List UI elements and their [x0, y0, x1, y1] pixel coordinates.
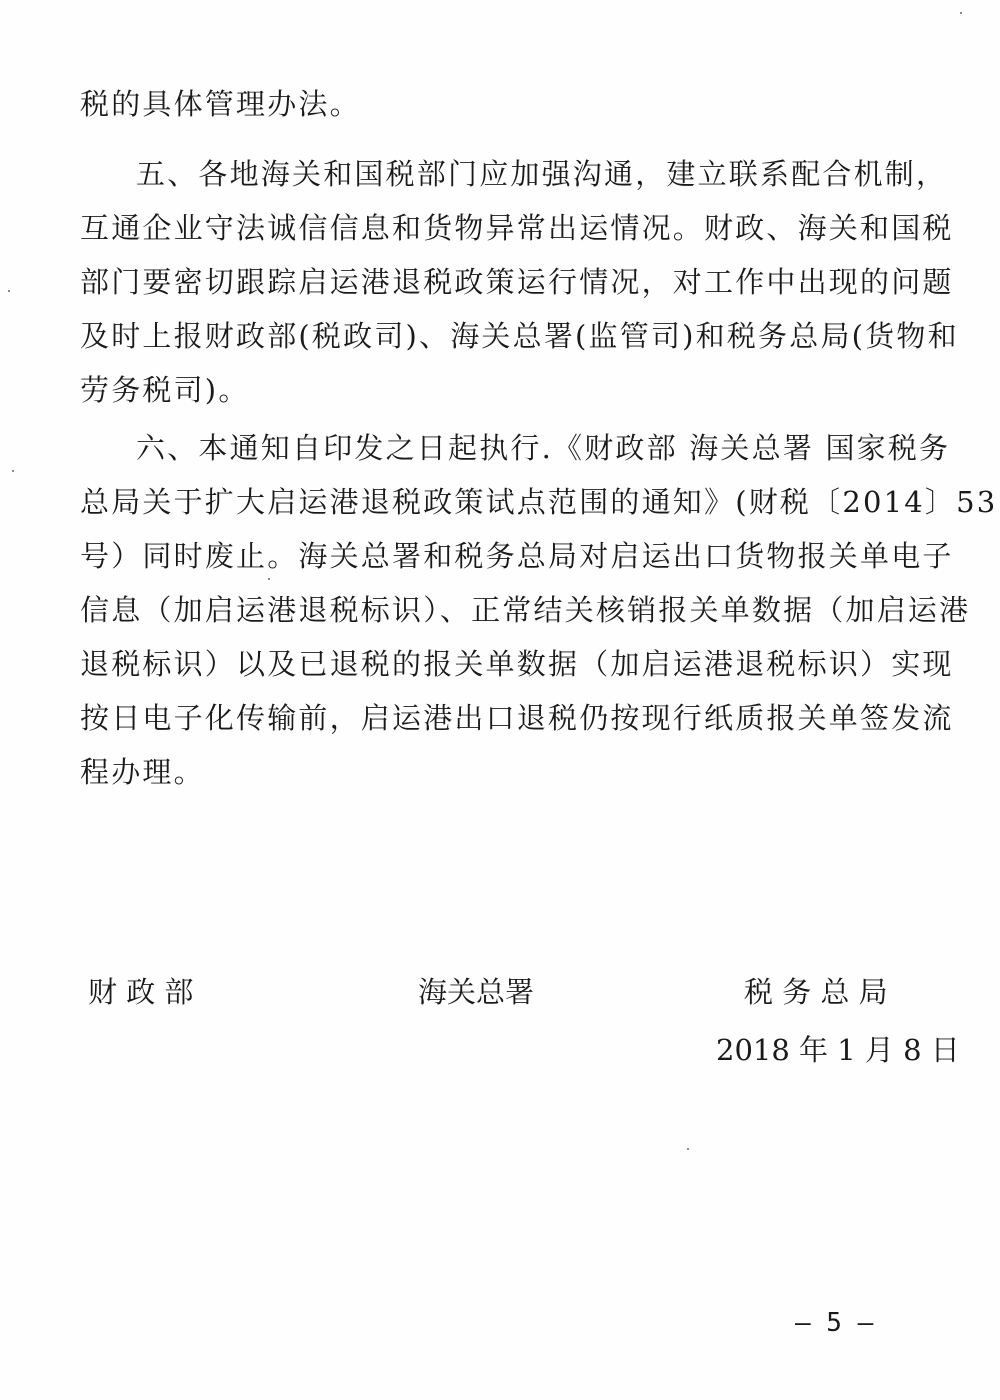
paragraph-6-line-4: 信息（加启运港退税标识）、正常结关核销报关单数据（加启运港: [80, 590, 920, 630]
paragraph-5-line-3: 部门要密切跟踪启运港退税政策运行情况，对工作中出现的问题: [80, 262, 920, 302]
paragraph-6-line-1: 六、本通知自印发之日起执行.《财政部 海关总署 国家税务: [136, 428, 976, 468]
scan-speck: [12, 470, 14, 472]
scan-speck: [8, 290, 10, 292]
document-page: 税的具体管理办法。 五、各地海关和国税部门应加强沟通，建立联系配合机制， 互通企…: [0, 0, 1000, 1400]
paragraph-5-line-1: 五、各地海关和国税部门应加强沟通，建立联系配合机制，: [136, 154, 976, 194]
scan-speck: [268, 578, 270, 580]
signatory-tax-administration: 税 务 总 局: [744, 972, 888, 1012]
signatory-ministry-of-finance: 财 政 部: [88, 972, 193, 1012]
paragraph-6-line-7: 程办理。: [80, 752, 920, 792]
paragraph-6-line-6: 按日电子化传输前，启运港出口退税仍按现行纸质报关单签发流: [80, 698, 920, 738]
scan-speck: [687, 1148, 689, 1150]
signatory-customs: 海关总署: [418, 972, 534, 1012]
paragraph-6-line-3: 号）同时废止。海关总署和税务总局对启运出口货物报关单电子: [80, 536, 920, 576]
page-number: — 5 —: [795, 1308, 873, 1338]
paragraph-4-end: 税的具体管理办法。: [80, 84, 920, 124]
paragraph-6-line-5: 退税标识）以及已退税的报关单数据（加启运港退税标识）实现: [80, 644, 920, 684]
paragraph-5-line-5: 劳务税司)。: [80, 370, 920, 410]
paragraph-5-line-2: 互通企业守法诚信信息和货物异常出运情况。财政、海关和国税: [80, 208, 920, 248]
document-date: 2018 年 1 月 8 日: [716, 1030, 960, 1070]
paragraph-5-line-4: 及时上报财政部(税政司)、海关总署(监管司)和税务总局(货物和: [80, 316, 920, 356]
scan-speck: [960, 12, 962, 14]
paragraph-6-line-2: 总局关于扩大启运港退税政策试点范围的通知》(财税〔2014〕53: [80, 482, 920, 522]
